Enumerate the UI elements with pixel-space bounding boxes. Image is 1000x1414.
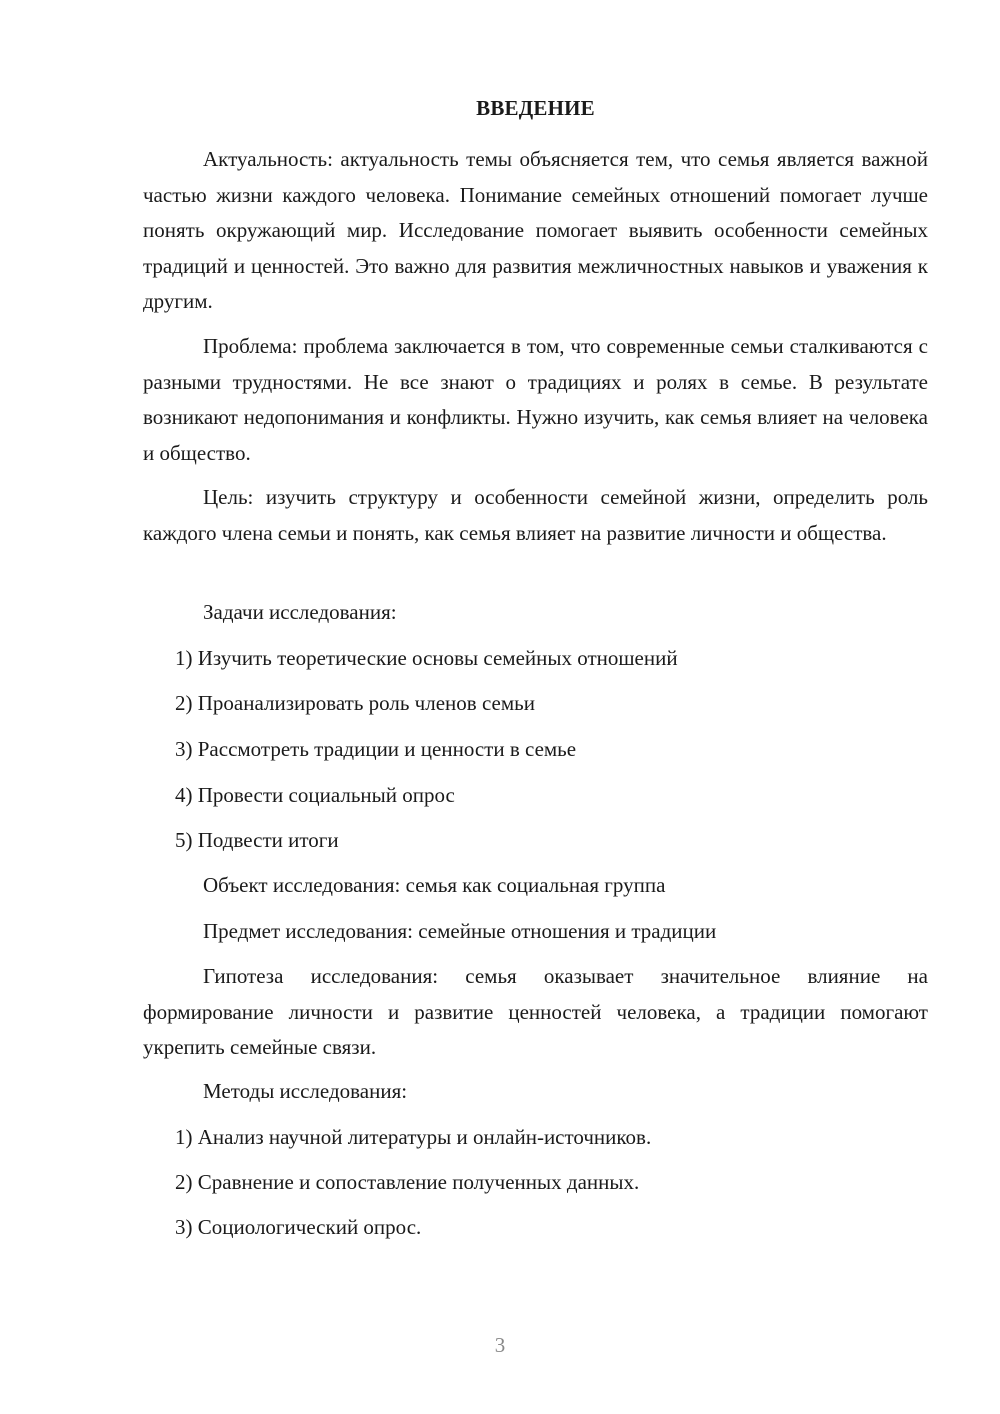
methods-heading: Методы исследования:	[203, 1074, 407, 1109]
page-number: 3	[0, 1333, 1000, 1358]
paragraph-relevance: Актуальность: актуальность темы объясняе…	[143, 142, 928, 320]
list-item: 3) Рассмотреть традиции и ценности в сем…	[175, 732, 576, 767]
list-item: 1) Анализ научной литературы и онлайн-ис…	[175, 1120, 651, 1155]
paragraph-hypothesis: Гипотеза исследования: семья оказывает з…	[143, 959, 928, 1066]
list-item: 1) Изучить теоретические основы семейных…	[175, 641, 678, 676]
section-title: ВВЕДЕНИЕ	[143, 96, 928, 121]
list-item: 2) Сравнение и сопоставление полученных …	[175, 1165, 639, 1200]
paragraph-problem: Проблема: проблема заключается в том, чт…	[143, 329, 928, 471]
paragraph-goal: Цель: изучить структуру и особенности се…	[143, 480, 928, 551]
list-item: 4) Провести социальный опрос	[175, 778, 455, 813]
list-item: 5) Подвести итоги	[175, 823, 339, 858]
tasks-heading: Задачи исследования:	[203, 595, 397, 630]
list-item: 2) Проанализировать роль членов семьи	[175, 686, 535, 721]
research-object: Объект исследования: семья как социальна…	[203, 868, 665, 903]
list-item: 3) Социологический опрос.	[175, 1210, 421, 1245]
research-subject: Предмет исследования: семейные отношения…	[203, 914, 716, 949]
